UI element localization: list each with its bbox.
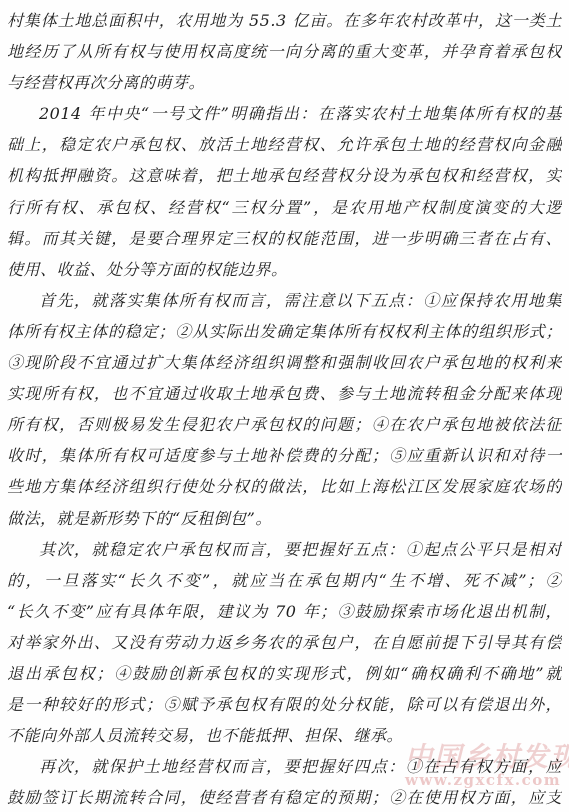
text-line: 鼓励签订长期流转合同，使经营者有稳定的预期；②在使用权方面，应支	[7, 782, 562, 812]
text-line: 些地方集体经济组织行使处分权的做法，比如上海松江区发展家庭农场的	[7, 471, 562, 502]
text-line: 所有权，否则极易发生侵犯农户承包权的问题；④在农户承包地被依法征	[7, 409, 562, 440]
text-line: 不能向外部人员流转交易，也不能抵押、担保、继承。	[7, 720, 562, 751]
text-line: 辑。而其关键，是要合理界定三权的权能范围，进一步明确三者在占有、	[7, 223, 562, 254]
document-page: 村集体土地总面积中，农用地为 55.3 亿亩。在多年农村改革中，这一类土地经历了…	[0, 0, 569, 812]
text-line: 体所有权主体的稳定；②从实际出发确定集体所有权权利主体的组织形式；	[7, 316, 562, 347]
text-line: 2014 年中央“一号文件”明确指出：在落实农村土地集体所有权的基	[7, 98, 562, 129]
text-line: 是一种较好的形式；⑤赋予承包权有限的处分权能，除可以有偿退出外，	[7, 689, 562, 720]
text-line: 对举家外出、又没有劳动力返乡务农的承包户，在自愿前提下引导其有偿	[7, 627, 562, 658]
document-text: 村集体土地总面积中，农用地为 55.3 亿亩。在多年农村改革中，这一类土地经历了…	[7, 5, 562, 812]
text-line: 行所有权、承包权、经营权“三权分置”，是农用地产权制度演变的大逻	[7, 192, 562, 223]
text-line: 退出承包权；④鼓励创新承包权的实现形式，例如“确权确利不确地”就	[7, 658, 562, 689]
text-line: 再次，就保护土地经营权而言，要把握好四点：①在占有权方面，应	[7, 751, 562, 782]
text-line: 村集体土地总面积中，农用地为 55.3 亿亩。在多年农村改革中，这一类土	[7, 5, 562, 36]
text-line: 首先，就落实集体所有权而言，需注意以下五点：①应保持农用地集	[7, 285, 562, 316]
text-line: “长久不变”应有具体年限，建议为 70 年；③鼓励探索市场化退出机制，	[7, 596, 562, 627]
text-line: 的，一旦落实“长久不变”，就应当在承包期内“生不增、死不减”；②	[7, 565, 562, 596]
text-line: 机构抵押融资。这意味着，把土地承包经营权分设为承包权和经营权，实	[7, 160, 562, 191]
text-line: ③现阶段不宜通过扩大集体经济组织调整和强制收回农户承包地的权利来	[7, 347, 562, 378]
text-line: 与经营权再次分离的萌芽。	[7, 67, 562, 98]
text-line: 实现所有权，也不宜通过收取土地承包费、参与土地流转租金分配来体现	[7, 378, 562, 409]
text-line: 使用、收益、处分等方面的权能边界。	[7, 254, 562, 285]
text-line: 础上，稳定农户承包权、放活土地经营权、允许承包土地的经营权向金融	[7, 129, 562, 160]
text-line: 地经历了从所有权与使用权高度统一向分离的重大变革，并孕育着承包权	[7, 36, 562, 67]
text-line: 其次，就稳定农户承包权而言，要把握好五点：①起点公平只是相对	[7, 534, 562, 565]
text-line: 收时，集体所有权可适度参与土地补偿费的分配；⑤应重新认识和对待一	[7, 440, 562, 471]
text-line: 做法，就是新形势下的“反租倒包”。	[7, 503, 562, 534]
